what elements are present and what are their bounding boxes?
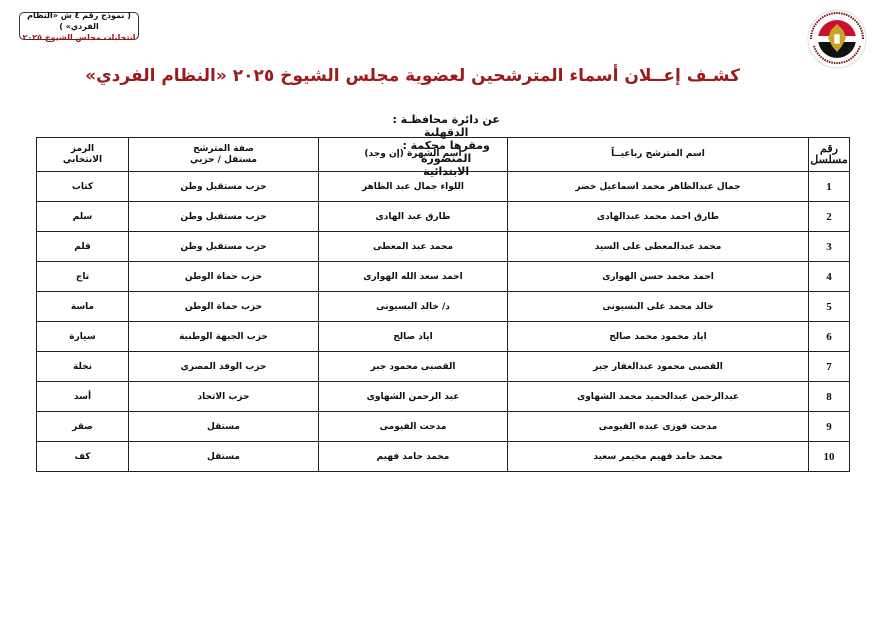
table-row: 1 جمال عبدالظاهر محمد اسماعيل خضر اللواء… xyxy=(37,172,850,202)
table-row: 10 محمد حامد فهيم مخيمر سعيد محمد حامد ف… xyxy=(37,442,850,472)
table-row: 8 عبدالرحمن عبدالحميد محمد الشهاوى عبد ا… xyxy=(37,382,850,412)
cell-name: محمد عبدالمعطى على السيد xyxy=(508,232,809,262)
header-type-line2: مستقل / حزبي xyxy=(129,155,318,166)
table-row: 2 طارق احمد محمد عبدالهادى طارق عبد الها… xyxy=(37,202,850,232)
cell-name: خالد محمد على البسيونى xyxy=(508,292,809,322)
cell-nickname: عبد الرحمن الشهاوى xyxy=(319,382,508,412)
cell-type: حزب مستقبل وطن xyxy=(129,202,319,232)
table-row: 5 خالد محمد على البسيونى د/ خالد البسيون… xyxy=(37,292,850,322)
cell-symbol: سيارة xyxy=(37,322,129,352)
header-symbol-line2: الانتخابي xyxy=(37,155,128,166)
cell-name: جمال عبدالظاهر محمد اسماعيل خضر xyxy=(508,172,809,202)
cell-type: حزب مستقبل وطن xyxy=(129,172,319,202)
header-symbol-line1: الرمز xyxy=(37,144,128,155)
header-serial-line1: رقم xyxy=(809,144,849,155)
cell-symbol: أسد xyxy=(37,382,129,412)
cell-serial: 1 xyxy=(809,172,850,202)
page-title: كشـف إعــلان أسماء المترشحين لعضوية مجلس… xyxy=(140,66,740,86)
cell-nickname: اللواء جمال عبد الظاهر xyxy=(319,172,508,202)
cell-serial: 7 xyxy=(809,352,850,382)
cell-symbol: كتاب xyxy=(37,172,129,202)
cell-type: مستقل xyxy=(129,412,319,442)
header-symbol: الرمز الانتخابي xyxy=(37,138,129,172)
form-number-label: ( نموذج رقم ٤ ش «النظام الفردي» ) xyxy=(20,10,138,32)
cell-name: اياد محمود محمد صالح xyxy=(508,322,809,352)
header-serial-line2: مسلسل xyxy=(809,155,849,166)
header-type-line1: صفة المترشح xyxy=(129,144,318,155)
cell-symbol: تاج xyxy=(37,262,129,292)
cell-type: حزب الوفد المصري xyxy=(129,352,319,382)
cell-serial: 5 xyxy=(809,292,850,322)
form-number-box: ( نموذج رقم ٤ ش «النظام الفردي» ) انتخاب… xyxy=(19,12,139,40)
cell-symbol: سلم xyxy=(37,202,129,232)
table-row: 6 اياد محمود محمد صالح اياد صالح حزب الج… xyxy=(37,322,850,352)
table-row: 9 مدحت فوزى عبده الفيومى مدحت الفيومى مس… xyxy=(37,412,850,442)
cell-serial: 6 xyxy=(809,322,850,352)
header-name: اسم المترشح رباعيــاً xyxy=(508,138,809,172)
table-row: 7 القصبى محمود عبدالغفار جبر القصبى محمو… xyxy=(37,352,850,382)
cell-serial: 2 xyxy=(809,202,850,232)
cell-name: عبدالرحمن عبدالحميد محمد الشهاوى xyxy=(508,382,809,412)
table-row: 3 محمد عبدالمعطى على السيد محمد عبد المع… xyxy=(37,232,850,262)
table-row: 4 احمد محمد حسن الهوارى احمد سعد الله ال… xyxy=(37,262,850,292)
cell-nickname: محمد عبد المعطى xyxy=(319,232,508,262)
cell-nickname: اياد صالح xyxy=(319,322,508,352)
cell-nickname: محمد حامد فهيم xyxy=(319,442,508,472)
cell-serial: 8 xyxy=(809,382,850,412)
cell-serial: 3 xyxy=(809,232,850,262)
cell-name: احمد محمد حسن الهوارى xyxy=(508,262,809,292)
cell-serial: 4 xyxy=(809,262,850,292)
table-header-row: رقم مسلسل اسم المترشح رباعيــاً اسم الشه… xyxy=(37,138,850,172)
cell-name: مدحت فوزى عبده الفيومى xyxy=(508,412,809,442)
cell-type: حزب حماة الوطن xyxy=(129,292,319,322)
header-serial: رقم مسلسل xyxy=(809,138,850,172)
cell-serial: 10 xyxy=(809,442,850,472)
cell-serial: 9 xyxy=(809,412,850,442)
cell-symbol: قلم xyxy=(37,232,129,262)
cell-symbol: نخلة xyxy=(37,352,129,382)
cell-name: محمد حامد فهيم مخيمر سعيد xyxy=(508,442,809,472)
cell-type: حزب الاتحاد xyxy=(129,382,319,412)
cell-name: طارق احمد محمد عبدالهادى xyxy=(508,202,809,232)
district-label: عن دائرة محافظـة : xyxy=(392,113,499,126)
cell-symbol: ماسة xyxy=(37,292,129,322)
cell-nickname: د/ خالد البسيونى xyxy=(319,292,508,322)
cell-name: القصبى محمود عبدالغفار جبر xyxy=(508,352,809,382)
candidates-table: رقم مسلسل اسم المترشح رباعيــاً اسم الشه… xyxy=(36,137,850,472)
cell-type: حزب الجبهة الوطنية xyxy=(129,322,319,352)
cell-type: حزب مستقبل وطن xyxy=(129,232,319,262)
election-name-label: انتخابات مجلس الشيوخ ٢٠٢٥ xyxy=(20,32,138,43)
cell-symbol: صقر xyxy=(37,412,129,442)
cell-type: مستقل xyxy=(129,442,319,472)
egypt-eagle-seal-icon xyxy=(806,8,868,70)
cell-nickname: مدحت الفيومى xyxy=(319,412,508,442)
cell-nickname: احمد سعد الله الهوارى xyxy=(319,262,508,292)
cell-nickname: طارق عبد الهادى xyxy=(319,202,508,232)
header-candidate-type: صفة المترشح مستقل / حزبي xyxy=(129,138,319,172)
header-nickname: اسم الشهرة (إن وجد) xyxy=(319,138,508,172)
cell-type: حزب حماة الوطن xyxy=(129,262,319,292)
cell-symbol: كف xyxy=(37,442,129,472)
cell-nickname: القصبى محمود جبر xyxy=(319,352,508,382)
